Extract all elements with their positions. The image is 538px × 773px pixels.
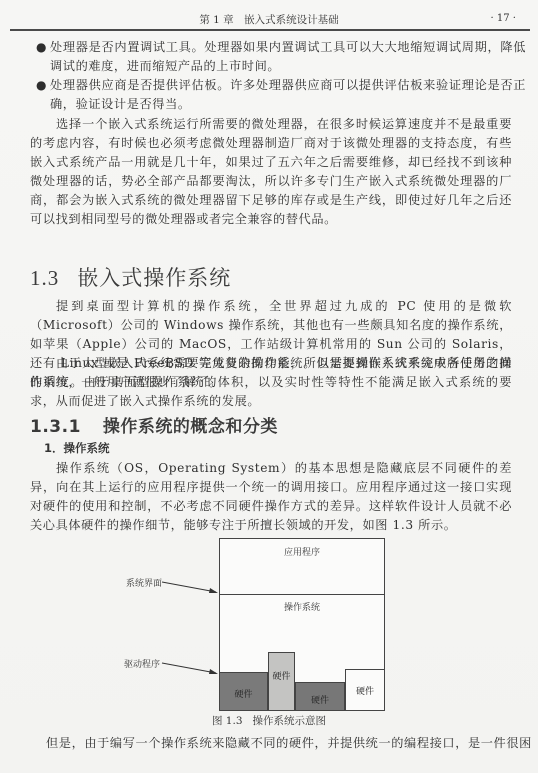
paragraph: 选择一个嵌入式系统运行所需要的微处理器，在很多时候运算速度并不是最重要的考虑内容… — [30, 115, 512, 229]
paragraph: 由于大型嵌入式系统需要完成复杂的功能，所以需要操作系统来完成各任务之间的调度。由… — [30, 354, 512, 411]
hardware-box: 硬件 — [295, 682, 345, 711]
hardware-box: 硬件 — [219, 672, 268, 711]
page-number: · 17 · — [491, 13, 516, 24]
bullet-item: ● 处理器是否内置调试工具。处理器如果内置调试工具可以大大地缩短调试周期，降低调… — [36, 38, 526, 75]
header-rule — [10, 29, 530, 31]
subsection-heading: 1.3.1操作系统的概念和分类 — [30, 412, 278, 437]
running-header: 第 1 章 嵌入式系统设计基础 · 17 · — [10, 9, 528, 29]
section-heading: 1.3嵌入式操作系统 — [30, 262, 231, 292]
figure-caption: 图 1.3操作系统示意图 — [0, 713, 538, 728]
paragraph: 操作系统（OS，Operating System）的基本思想是隐藏底层不同硬件的… — [30, 459, 512, 535]
hardware-box: 硬件 — [268, 652, 295, 711]
arrow-icon — [160, 659, 222, 679]
bullet-item: ● 处理器供应商是否提供评估板。许多处理器供应商可以提供评估板来验证理论是否正确… — [36, 76, 526, 113]
app-layer-box: 应用程序 — [219, 538, 385, 595]
hardware-box: 硬件 — [345, 669, 385, 711]
book-page: 第 1 章 嵌入式系统设计基础 · 17 · ● 处理器是否内置调试工具。处理器… — [0, 0, 538, 773]
app-layer-label: 应用程序 — [220, 545, 384, 558]
arrow-icon — [160, 578, 222, 598]
subsubsection-heading: 1．操作系统 — [44, 440, 110, 456]
paragraph: 但是，由于编写一个操作系统来隐藏不同的硬件，并提供统一的编程接口，是一件很困 — [46, 734, 532, 751]
os-layer-label: 操作系统 — [220, 600, 384, 613]
chapter-title: 第 1 章 嵌入式系统设计基础 — [10, 12, 528, 27]
bullet-icon: ● — [36, 38, 47, 57]
bullet-icon: ● — [36, 76, 47, 95]
driver-label: 驱动程序 — [124, 657, 160, 670]
interface-label: 系统界面 — [126, 576, 162, 589]
